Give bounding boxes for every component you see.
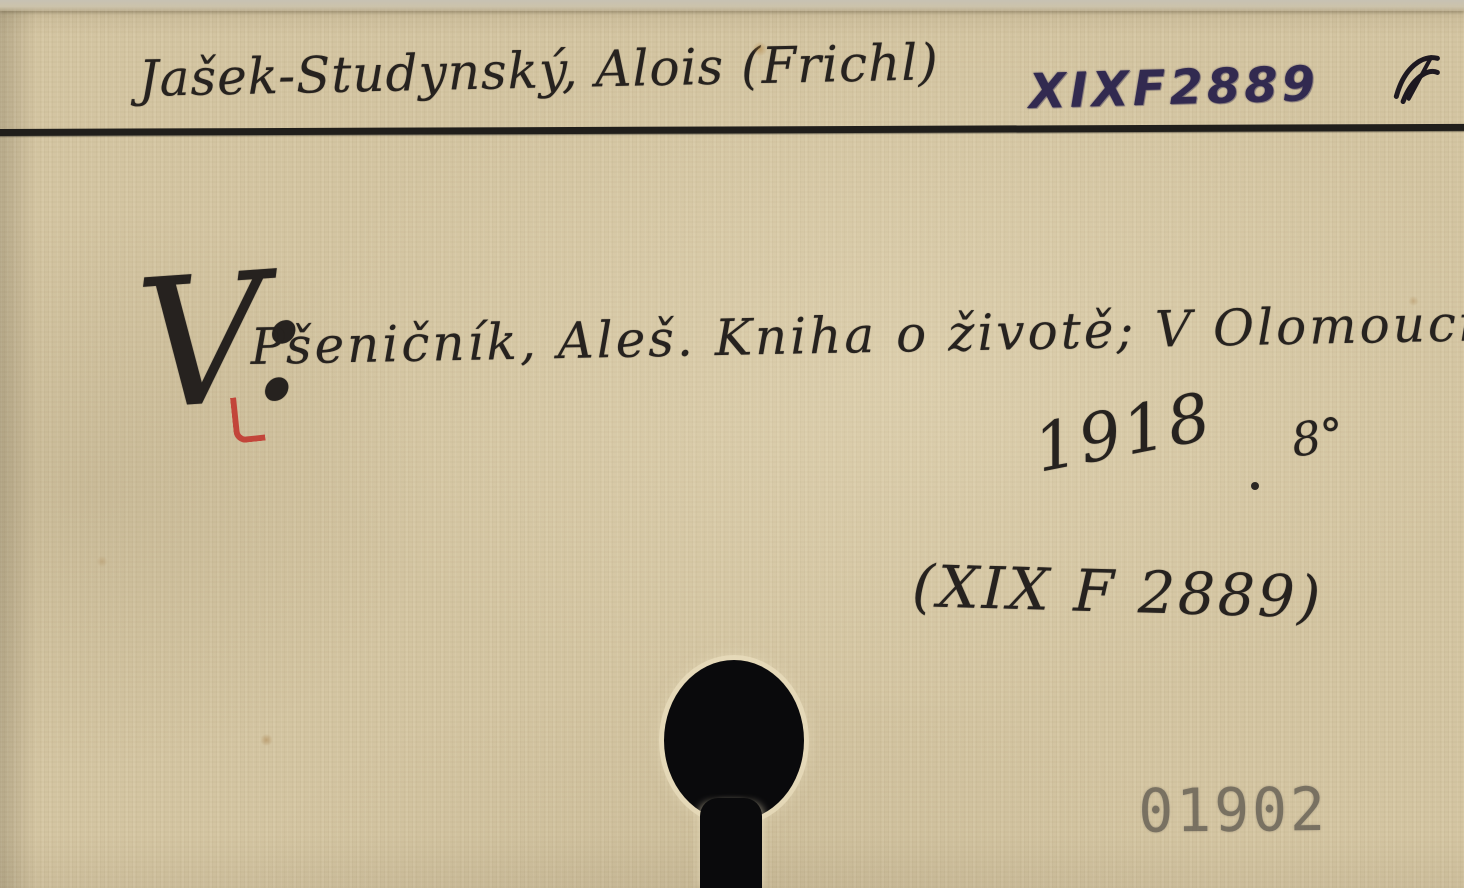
ink-scribble-icon [1382, 43, 1451, 109]
ink-dot [1251, 482, 1259, 490]
heading-author: Jašek-Studynský, Alois (Frichl) [138, 33, 939, 108]
catalog-card: Jašek-Studynský, Alois (Frichl) XIXF2889… [0, 0, 1464, 888]
heading-rule [0, 124, 1464, 136]
scan-top-edge [0, 0, 1464, 11]
red-check-mark-icon [230, 395, 266, 444]
reference-entry: Pšeničník, Aleš. Kniha o životě; V Olomo… [250, 294, 1464, 376]
call-number-stamp: XIXF2889 [1028, 56, 1320, 120]
accession-stamp: 01902 [1138, 774, 1328, 846]
foxing-spot [260, 734, 273, 746]
format-notation: 8° [1288, 407, 1347, 468]
punch-hole-icon [664, 660, 804, 821]
punch-hole-slot [700, 798, 762, 888]
call-number-annotation: (XIX F 2889) [911, 552, 1324, 631]
foxing-spot [96, 556, 108, 567]
publication-year: 1918 [1028, 378, 1219, 488]
